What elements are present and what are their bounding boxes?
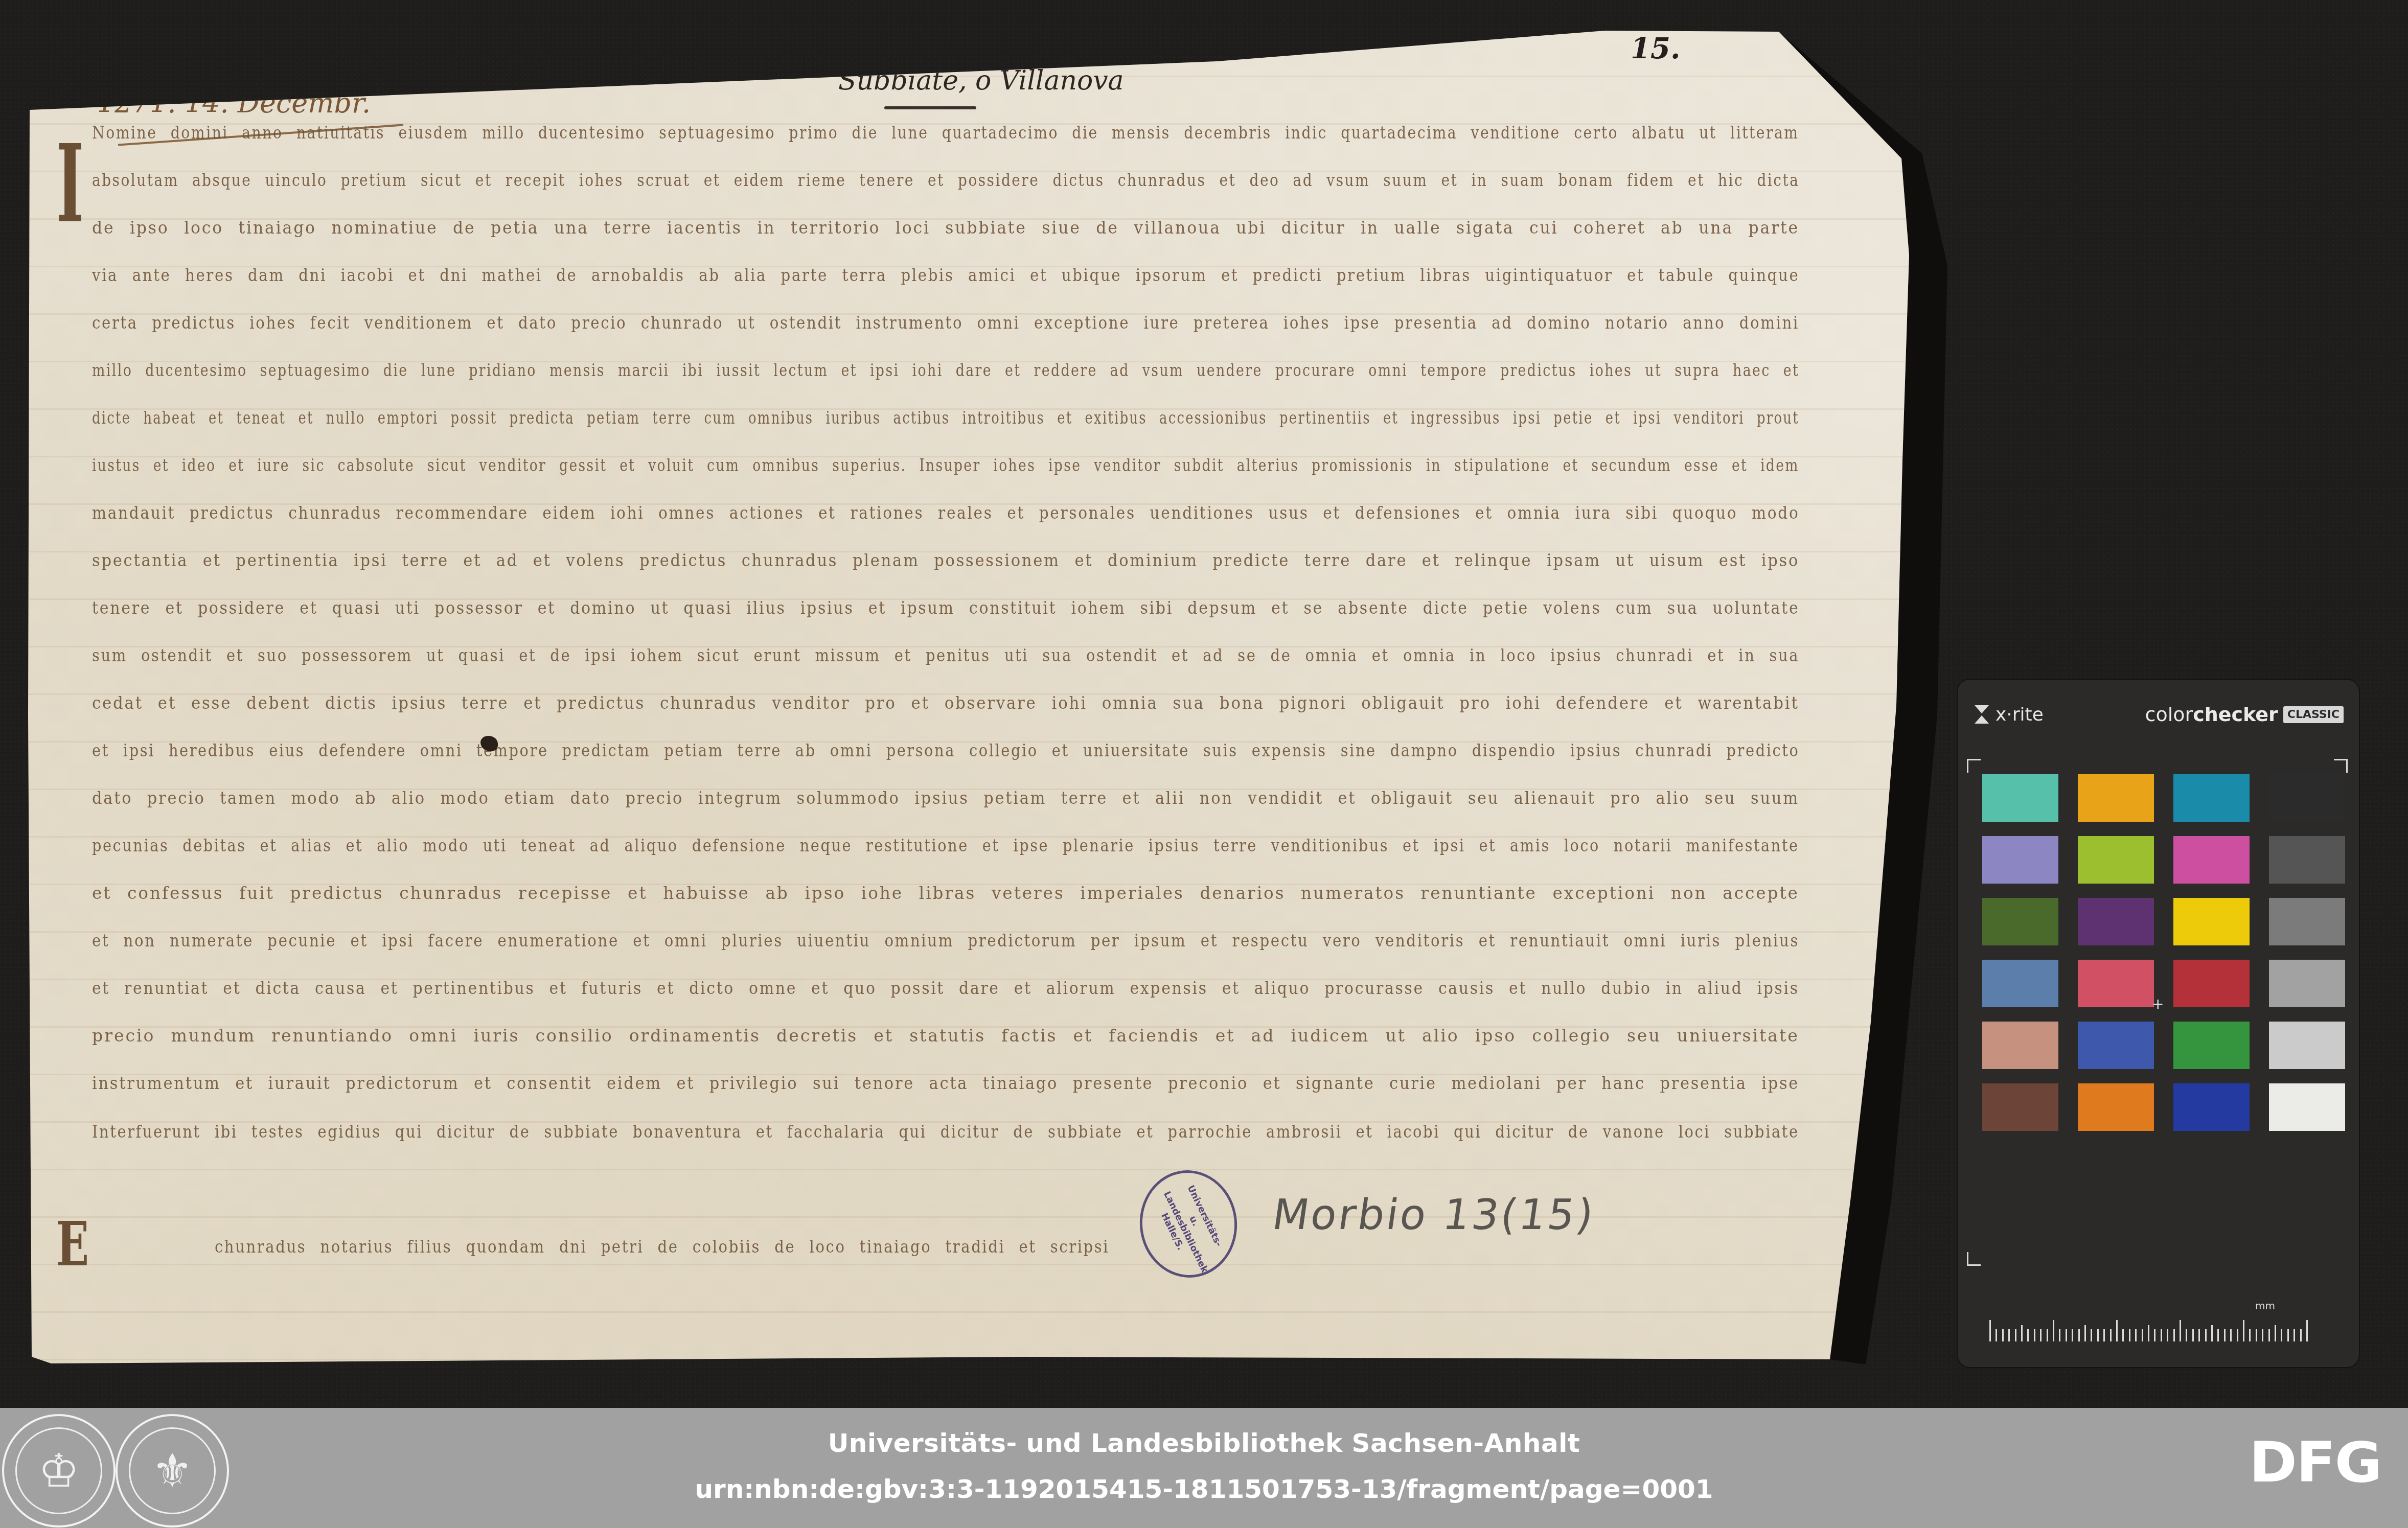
ruler-tick <box>2300 1329 2302 1341</box>
ruler-tick <box>2142 1329 2143 1341</box>
text-line: millo ducentesimo septuagesimo die lune … <box>92 360 1799 381</box>
text-line: mandauit predictus chunradus recommendar… <box>92 503 1799 523</box>
ruler-tick <box>2015 1329 2016 1341</box>
text-line: spectantia et pertinentia ipsi terre et … <box>92 550 1799 571</box>
urn-identifier: urn:nbn:de:gbv:3:3-1192015415-1811501753… <box>0 1474 2408 1504</box>
crosshair-icon: + <box>2152 995 2164 1012</box>
color-patch <box>2269 1022 2345 1069</box>
ruler-tick <box>2161 1329 2162 1341</box>
ruler-tick <box>2287 1329 2289 1341</box>
ruler-tick <box>2148 1325 2149 1341</box>
dfg-logo: DFG <box>2249 1431 2381 1495</box>
ruler-tick <box>2103 1329 2105 1341</box>
colorchecker-title: color checker CLASSIC <box>2145 703 2344 726</box>
ruler-tick <box>2217 1329 2219 1341</box>
text-line: et ipsi heredibus eius defendere omni te… <box>92 740 1799 761</box>
color-patch <box>2269 836 2345 884</box>
corner-mark-icon <box>2334 759 2348 773</box>
color-patch <box>1982 898 2058 945</box>
text-line: instrumentum et iurauit predictorum et c… <box>92 1073 1799 1094</box>
date-annotation: 1271. 14. Decembr. <box>97 87 371 119</box>
ruler-tick <box>2237 1329 2238 1341</box>
ruler-tick <box>2072 1329 2073 1341</box>
ruler-tick <box>2040 1329 2042 1341</box>
ruler-tick <box>2116 1320 2118 1341</box>
color-patch <box>2269 898 2345 945</box>
ruler-tick <box>2180 1320 2181 1341</box>
xrite-brand-label: x·rite <box>1996 704 2044 725</box>
ruler-tick <box>2167 1329 2168 1341</box>
ruler-tick <box>2224 1329 2226 1341</box>
color-patch <box>2173 898 2250 945</box>
color-patch <box>2173 1083 2250 1131</box>
title-light: color <box>2145 703 2193 726</box>
xrite-logo-icon <box>1973 704 1990 725</box>
color-patch <box>1982 774 2058 822</box>
ruler-tick <box>2294 1329 2295 1341</box>
shelfmark-annotation: Morbio 13(15) <box>1269 1191 1598 1239</box>
ruler-tick <box>2186 1329 2187 1341</box>
text-line: et renuntiat et dicta causa et pertinent… <box>92 978 1799 999</box>
color-patch <box>1982 1083 2058 1131</box>
color-patch-grid <box>1982 774 2345 1131</box>
ruler-tick <box>2066 1329 2067 1341</box>
ruler-tick <box>2243 1320 2244 1341</box>
ruler-tick <box>2205 1329 2207 1341</box>
color-patch <box>2078 1083 2154 1131</box>
text-line: precio mundum renuntiando omni iuris con… <box>92 1026 1799 1046</box>
ruler-tick <box>2256 1329 2257 1341</box>
library-ownership-stamp: Universitäts- u. Landesbibliothek Halle/… <box>1135 1166 1243 1283</box>
ruler-tick <box>2122 1329 2124 1341</box>
corner-mark-icon <box>1967 759 1981 773</box>
ruler-tick <box>2002 1329 2004 1341</box>
corner-mark-icon <box>1967 1252 1981 1266</box>
footer-bar: ♔ ⚜ Universitäts- und Landesbibliothek S… <box>0 1408 2408 1528</box>
notary-subscription-line: chunradus notarius filius quondam dni pe… <box>215 1237 1109 1257</box>
text-line: certa predictus iohes fecit venditionem … <box>92 313 1799 333</box>
text-line: et confessus fuit predictus chunradus re… <box>92 883 1799 904</box>
color-patch <box>1982 836 2058 884</box>
ruler-tick <box>2192 1329 2194 1341</box>
color-patch <box>2173 836 2250 884</box>
ruler-tick <box>1996 1329 1997 1341</box>
text-line: Nomine domini anno natiuitatis eiusdem m… <box>92 123 1799 143</box>
text-line: dato precio tamen modo ab alio modo etia… <box>92 788 1799 808</box>
ruler-tick <box>2091 1329 2092 1341</box>
xrite-brand: x·rite <box>1973 704 2044 725</box>
decorated-initial-bottom: E <box>56 1214 89 1275</box>
ruler-tick <box>2129 1329 2130 1341</box>
text-line: dicte habeat et teneat et nullo emptori … <box>92 408 1799 428</box>
text-line: de ipso loco tinaiago nominatiue de peti… <box>92 218 1799 238</box>
text-line: cedat et esse debent dictis ipsius terre… <box>92 693 1799 713</box>
text-line: et non numerate pecunie et ipsi facere e… <box>92 931 1799 951</box>
color-patch <box>2269 960 2345 1007</box>
ruler-tick <box>2173 1329 2175 1341</box>
decorated-initial-top: I <box>56 130 84 238</box>
ruler-tick <box>2047 1329 2048 1341</box>
colorchecker-header: x·rite color checker CLASSIC <box>1973 699 2344 730</box>
ruler-tick <box>2008 1329 2010 1341</box>
text-line: tenere et possidere et quasi uti possess… <box>92 598 1799 618</box>
color-patch <box>2173 1022 2250 1069</box>
ruler-tick <box>2306 1320 2308 1341</box>
colorchecker-card: x·rite color checker CLASSIC + mm <box>1958 680 2359 1367</box>
text-line: pecunias debitas et alias et alio modo u… <box>92 836 1799 856</box>
classic-badge: CLASSIC <box>2283 706 2344 723</box>
color-patch <box>2269 774 2345 822</box>
text-line: iustus et ideo et iure sic cabsolute sic… <box>92 455 1799 476</box>
ruler-tick <box>2034 1329 2035 1341</box>
ruler-tick <box>2078 1329 2080 1341</box>
ruler-tick <box>2110 1329 2112 1341</box>
ruler-tick <box>2211 1325 2213 1341</box>
ruler-tick <box>1989 1320 1991 1341</box>
ruler-tick <box>2084 1325 2086 1341</box>
folio-number: 15. <box>1631 32 1680 65</box>
ruler-tick <box>2230 1329 2232 1341</box>
ruler-tick <box>2135 1329 2137 1341</box>
text-line: sum ostendit et suo possessorem ut quasi… <box>92 645 1799 666</box>
ruler-tick <box>2027 1329 2029 1341</box>
ruler-tick <box>2268 1329 2270 1341</box>
ruler-tick <box>2249 1329 2251 1341</box>
ruler-tick <box>2281 1329 2282 1341</box>
ruler-tick <box>2275 1325 2276 1341</box>
ruler-tick <box>2053 1320 2054 1341</box>
ruler-tick <box>2154 1329 2155 1341</box>
stamp-text: Universitäts- u. Landesbibliothek Halle/… <box>1150 1179 1227 1269</box>
scan-area: 1271. 14. Decembr. Subbiate, o Villanova… <box>0 0 2408 1408</box>
ruler-tick <box>2198 1329 2200 1341</box>
ruler-tick <box>2021 1325 2023 1341</box>
ruler-tick <box>2262 1329 2263 1341</box>
place-underline <box>884 106 976 109</box>
color-patch <box>2078 898 2154 945</box>
color-patch <box>2078 960 2154 1007</box>
color-patch <box>2078 1022 2154 1069</box>
text-line: absolutam absque uinculo pretium sicut e… <box>92 170 1799 191</box>
text-line: via ante heres dam dni iacobi et dni mat… <box>92 265 1799 286</box>
color-patch <box>1982 1022 2058 1069</box>
title-bold: checker <box>2193 703 2278 726</box>
color-patch <box>2173 774 2250 822</box>
color-patch <box>1982 960 2058 1007</box>
mm-ruler: mm <box>1989 1306 2311 1341</box>
color-patch <box>2269 1083 2345 1131</box>
ruler-tick <box>2059 1329 2060 1341</box>
color-patch <box>2173 960 2250 1007</box>
color-patch <box>2078 774 2154 822</box>
ruler-tick <box>2097 1329 2099 1341</box>
color-patch <box>2078 836 2154 884</box>
ruler-unit-label: mm <box>2255 1300 2275 1312</box>
institution-name: Universitäts- und Landesbibliothek Sachs… <box>0 1428 2408 1458</box>
place-annotation: Subbiate, o Villanova <box>838 65 1124 96</box>
text-line: Interfuerunt ibi testes egidius qui dici… <box>92 1122 1799 1142</box>
